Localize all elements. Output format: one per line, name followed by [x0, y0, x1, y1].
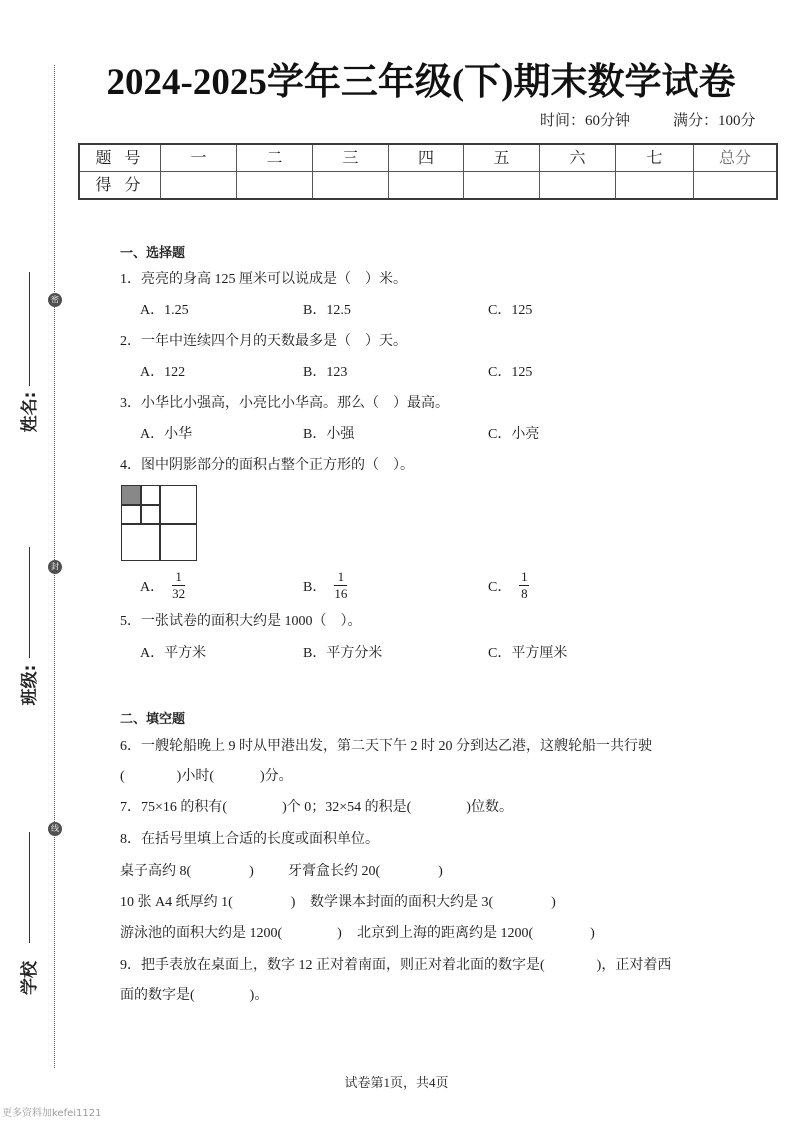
- option-value: 平方分米: [326, 646, 382, 661]
- name-label: 姓名:: [19, 377, 41, 447]
- school-label: 学校: [19, 943, 41, 1013]
- answer-blank-zeros: [227, 810, 282, 811]
- option-label: B．: [303, 303, 326, 318]
- figure-divider: [122, 523, 196, 525]
- question-4: 4．图中阴影部分的面积占整个正方形的（ ）。: [120, 456, 414, 476]
- option-value: 122: [164, 365, 185, 380]
- q1-option-a: A．1.25: [140, 301, 189, 321]
- q8-item-toothpaste-box: 牙膏盒长约 20(): [288, 862, 443, 882]
- option-value: 小亮: [511, 427, 539, 442]
- question-2: 2．一年中连续四个月的天数最多是（ ）天。: [120, 332, 407, 352]
- q5-option-a: A．平方米: [140, 644, 206, 664]
- option-label: A．: [140, 365, 164, 380]
- option-value: 平方米: [164, 646, 206, 661]
- text-segment: )小时(: [177, 769, 214, 784]
- exam-title: 2024-2025学年三年级(下)期末数学试卷: [96, 60, 746, 106]
- answer-blank: [380, 874, 438, 875]
- numerator: 1: [521, 570, 528, 584]
- seal-feng-icon: 封: [48, 560, 62, 574]
- column-6: 六: [540, 144, 616, 172]
- column-2: 二: [237, 144, 313, 172]
- answer-blank: [282, 936, 337, 937]
- class-label: 班级:: [19, 650, 41, 720]
- option-value: 125: [511, 365, 532, 380]
- score-cell-4: [389, 172, 464, 200]
- score-cell-1: [161, 172, 237, 200]
- seal-mi-icon: 密: [48, 293, 62, 307]
- denominator: 8: [521, 587, 528, 601]
- shaded-square-figure: [121, 485, 197, 561]
- q3-option-b: B．小强: [303, 425, 354, 445]
- denominator: 32: [172, 587, 185, 601]
- text-segment: )个 0；32×54 的积是(: [282, 800, 411, 815]
- option-value: 1.25: [164, 303, 189, 318]
- q8-item-swimming-pool: 游泳池的面积大约是 1200(): [120, 924, 342, 944]
- text-segment: )。: [250, 988, 269, 1003]
- option-label: B．: [303, 427, 326, 442]
- option-label: A．: [140, 646, 164, 661]
- class-write-line: [29, 547, 30, 658]
- question-8: 8．在括号里填上合适的长度或面积单位。: [120, 830, 379, 850]
- text-segment: 7．75×16 的积有(: [120, 800, 227, 815]
- text-segment: 游泳池的面积大约是 1200(: [120, 926, 282, 941]
- school-write-line: [29, 832, 30, 943]
- option-label: A．: [140, 427, 164, 442]
- text-segment: 牙膏盒长约 20(: [288, 864, 380, 879]
- column-3: 三: [313, 144, 389, 172]
- column-1: 一: [161, 144, 237, 172]
- exam-full-score: 满分：100分: [673, 111, 756, 131]
- question-number-label: 题 号: [79, 144, 161, 172]
- text-segment: 桌子高约 8(: [120, 864, 191, 879]
- q3-option-a: A．小华: [140, 425, 192, 445]
- answer-blank: [233, 905, 291, 906]
- option-label: C．: [488, 646, 511, 661]
- question-7: 7．75×16 的积有()个 0；32×54 的积是()位数。: [120, 798, 513, 818]
- q4-option-c: C． 18: [488, 570, 529, 601]
- watermark: 更多资料加kefei1121: [2, 1108, 102, 1120]
- option-label: A．: [140, 576, 164, 596]
- page-number: 试卷第1页，共4页: [0, 1074, 793, 1092]
- score-label: 得 分: [79, 172, 161, 200]
- answer-blank-hours: [125, 779, 177, 780]
- section-heading-choice: 一、选择题: [120, 245, 185, 263]
- q8-item-desk-height: 桌子高约 8(): [120, 862, 254, 882]
- fraction: 132: [172, 570, 185, 601]
- option-value: 小强: [326, 427, 354, 442]
- question-6: 6．一艘轮船晚上 9 时从甲港出发，第二天下午 2 时 20 分到达乙港，这艘轮…: [120, 737, 652, 757]
- q3-option-c: C．小亮: [488, 425, 539, 445]
- option-value: 12.5: [326, 303, 351, 318]
- option-label: B．: [303, 365, 326, 380]
- option-value: 125: [511, 303, 532, 318]
- option-value: 平方厘米: [511, 646, 567, 661]
- text-segment: ): [551, 895, 556, 910]
- q2-option-b: B．123: [303, 363, 347, 383]
- option-label: C．: [488, 365, 511, 380]
- denominator: 16: [334, 587, 347, 601]
- text-segment: )，正对着西: [597, 958, 672, 973]
- section-heading-fill-in: 二、填空题: [120, 711, 185, 729]
- fraction: 116: [334, 570, 347, 601]
- answer-blank: [191, 874, 249, 875]
- score-cell-7: [616, 172, 694, 200]
- fraction: 18: [519, 570, 529, 601]
- text-segment: 数学课本封面的面积大约是 3(: [310, 895, 493, 910]
- question-9: 9．把手表放在桌面上，数字 12 正对着南面，则正对着北面的数字是()，正对着西: [120, 956, 671, 976]
- q1-option-b: B．12.5: [303, 301, 351, 321]
- option-label: C．: [488, 303, 511, 318]
- answer-blank-digits: [411, 810, 466, 811]
- score-cell-6: [540, 172, 616, 200]
- score-table: 题 号 一 二 三 四 五 六 七 总分 得 分: [78, 143, 778, 200]
- shaded-region: [122, 486, 140, 504]
- column-5: 五: [464, 144, 540, 172]
- score-cell-total: [694, 172, 778, 200]
- text-segment: )位数。: [466, 800, 513, 815]
- question-5: 5．一张试卷的面积大约是 1000（ ）。: [120, 612, 362, 632]
- numerator: 1: [175, 570, 182, 584]
- answer-blank: [533, 936, 590, 937]
- column-7: 七: [616, 144, 694, 172]
- score-table-score-row: 得 分: [79, 172, 777, 200]
- text-segment: 10 张 A4 纸厚约 1(: [120, 895, 233, 910]
- text-segment: )分。: [260, 769, 293, 784]
- q8-item-textbook-cover: 数学课本封面的面积大约是 3(): [310, 893, 556, 913]
- text-segment: 北京到上海的距离约是 1200(: [357, 926, 533, 941]
- question-9-continued: 面的数字是()。: [120, 986, 268, 1006]
- text-segment: ): [438, 864, 443, 879]
- name-write-line: [29, 272, 30, 386]
- text-segment: 9．把手表放在桌面上，数字 12 正对着南面，则正对着北面的数字是(: [120, 958, 545, 973]
- option-label: C．: [488, 427, 511, 442]
- question-1: 1．亮亮的身高 125 厘米可以说成是（ ）米。: [120, 270, 407, 290]
- q2-option-a: A．122: [140, 363, 185, 383]
- q1-option-c: C．125: [488, 301, 532, 321]
- score-cell-2: [237, 172, 313, 200]
- column-total: 总分: [694, 144, 778, 172]
- q5-option-c: C．平方厘米: [488, 644, 567, 664]
- option-label: C．: [488, 576, 511, 596]
- question-3: 3．小华比小强高，小亮比小华高。那么（ ）最高。: [120, 394, 449, 414]
- q4-option-a: A． 132: [140, 570, 185, 601]
- option-value: 123: [326, 365, 347, 380]
- score-cell-5: [464, 172, 540, 200]
- q5-option-b: B．平方分米: [303, 644, 382, 664]
- answer-blank-minutes: [214, 779, 260, 780]
- text-segment: ): [590, 926, 595, 941]
- figure-divider: [122, 504, 159, 506]
- answer-blank-west: [195, 998, 250, 999]
- answer-blank-north: [545, 968, 597, 969]
- answer-blank: [493, 905, 551, 906]
- numerator: 1: [338, 570, 345, 584]
- text-segment: ): [337, 926, 342, 941]
- q8-item-a4-paper: 10 张 A4 纸厚约 1(): [120, 893, 295, 913]
- score-cell-3: [313, 172, 389, 200]
- q8-item-beijing-shanghai: 北京到上海的距离约是 1200(): [357, 924, 595, 944]
- text-segment: ): [291, 895, 296, 910]
- option-label: A．: [140, 303, 164, 318]
- option-label: B．: [303, 576, 326, 596]
- column-4: 四: [389, 144, 464, 172]
- text-segment: 面的数字是(: [120, 988, 195, 1003]
- question-6-answer-line: ()小时()分。: [120, 767, 293, 787]
- exam-time: 时间：60分钟: [540, 111, 630, 131]
- q4-option-b: B． 116: [303, 570, 347, 601]
- score-table-header-row: 题 号 一 二 三 四 五 六 七 总分: [79, 144, 777, 172]
- option-value: 小华: [164, 427, 192, 442]
- q2-option-c: C．125: [488, 363, 532, 383]
- option-label: B．: [303, 646, 326, 661]
- text-segment: (: [120, 769, 125, 784]
- text-segment: ): [249, 864, 254, 879]
- seal-xian-icon: 线: [48, 822, 62, 836]
